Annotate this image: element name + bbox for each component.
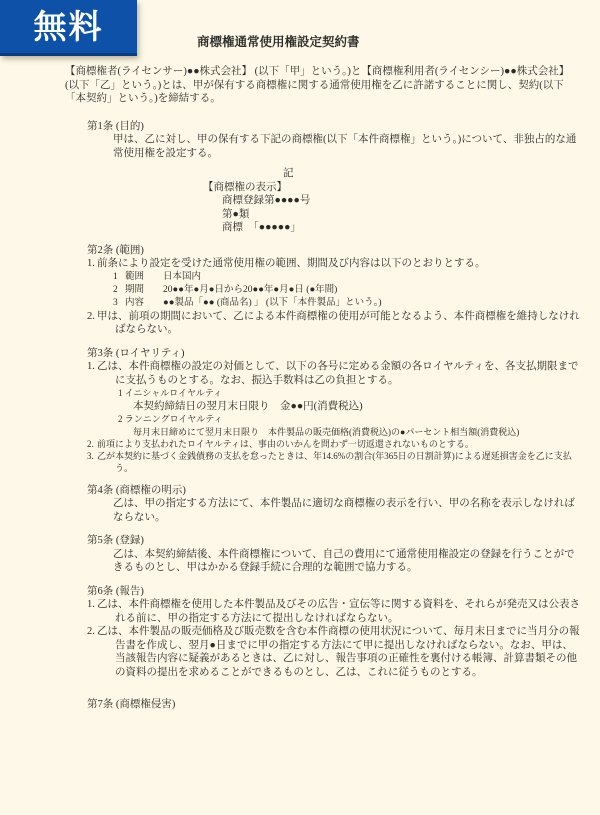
article-1: 第1条 (目的) 甲は、乙に対し、甲の保有する下記の商標権(以下「本件商標権」と… (0, 120, 600, 161)
article-6: 第6条 (報告) 1. 乙は、本件商標権を使用した本件製品及びその広告・宣伝等に… (0, 585, 600, 680)
sub-label: 期間 (125, 284, 163, 297)
initial-royalty-label: 1 イニシャルロイヤルティ (118, 387, 600, 400)
sub-value: ●●製品「●● (商品名) 」 (以下「本件製品」という。) (163, 297, 582, 310)
trademark-display-block: 記 【商標権の表示】 商標登録第●●●●号 第●類 商標 「●●●●●」 (0, 167, 600, 235)
item-number: 1. (87, 360, 97, 387)
item-text: 乙は、本件製品の販売価格及び販売数を含む本件商標の使用状況について、毎月末日まで… (97, 625, 582, 679)
article-6-heading: 第6条 (報告) (87, 585, 600, 599)
article-3-item-2: 2. 前項により支払われたロイヤルティは、事由のいかんを問わず一切返還されないも… (87, 438, 582, 450)
article-2-sub-period: 2 期間 20●●年●月●日から20●●年●月●日 (●年間) (113, 284, 582, 297)
article-2-item-1: 1. 前条により設定を受けた通常使用権の範囲、期間及び内容は以下のとおりとする。 (87, 257, 582, 271)
item-text: 乙は、本件商標権を使用した本件製品及びその広告・宣伝等に関する資料を、それらが発… (97, 598, 582, 625)
ki-marker: 記 (283, 167, 600, 181)
item-number: 1. (87, 598, 97, 625)
initial-royalty-value: 本契約締結日の翌月末日限り 金●●円(消費税込) (133, 400, 580, 414)
article-2: 第2条 (範囲) 1. 前条により設定を受けた通常使用権の範囲、期間及び内容は以… (0, 244, 600, 337)
sub-number: 3 (113, 297, 125, 310)
item-text: 甲は、前項の期間において、乙による本件商標権の使用が可能となるよう、本件商標権を… (97, 310, 582, 337)
running-royalty-value: 毎月末日締めにて翌月末日限り 本件製品の販売価格(消費税込)の●パーセント相当額… (133, 426, 586, 438)
sub-label: 範囲 (125, 271, 163, 284)
item-text: 前項により支払われたロイヤルティは、事由のいかんを問わず一切返還されないものとす… (97, 438, 582, 450)
sub-label: 内容 (125, 297, 163, 310)
article-4-body: 乙は、甲の指定する方法にて、本件製品に適切な商標権の表示を行い、甲の名称を表示し… (113, 497, 580, 524)
article-3: 第3条 (ロイヤリティ) 1. 乙は、本件商標権の設定の対価として、以下の各号に… (0, 347, 600, 474)
free-badge-label: 無料 (34, 10, 104, 43)
item-text: 前条により設定を受けた通常使用権の範囲、期間及び内容は以下のとおりとする。 (97, 257, 582, 271)
item-number: 1. (87, 257, 97, 271)
item-number: 2. (87, 625, 97, 679)
article-3-heading: 第3条 (ロイヤリティ) (87, 347, 600, 361)
item-number: 2. (87, 310, 97, 337)
article-6-item-1: 1. 乙は、本件商標権を使用した本件製品及びその広告・宣伝等に関する資料を、それ… (87, 598, 582, 625)
sub-value: 20●●年●月●日から20●●年●月●日 (●年間) (163, 284, 582, 297)
article-2-sub-content: 3 内容 ●●製品「●● (商品名) 」 (以下「本件製品」という。) (113, 297, 582, 310)
article-1-heading: 第1条 (目的) (87, 120, 600, 134)
article-7-heading: 第7条 (商標権侵害) (87, 698, 600, 712)
item-text: 乙が本契約に基づく金銭債務の支払を怠ったときは、年14.6%の割合(年365日の… (97, 450, 582, 474)
article-4-heading: 第4条 (商標権の明示) (87, 484, 600, 498)
article-5: 第5条 (登録) 乙は、本契約締結後、本件商標権について、自己の費用にて通常使用… (0, 534, 600, 575)
sub-number: 2 (113, 284, 125, 297)
article-3-item-3: 3. 乙が本契約に基づく金銭債務の支払を怠ったときは、年14.6%の割合(年36… (87, 450, 582, 474)
contract-document-page: 無料 商標権通常使用権設定契約書 【商標権者(ライセンサー)●●株式会社】 (以… (0, 0, 600, 815)
item-number: 3. (87, 450, 97, 474)
trademark-class: 第●類 (222, 208, 600, 222)
article-7: 第7条 (商標権侵害) (0, 698, 600, 712)
article-1-body: 甲は、乙に対し、甲の保有する下記の商標権(以下「本件商標権」という。)について、… (113, 133, 580, 160)
article-2-sub-scope: 1 範囲 日本国内 (113, 271, 582, 284)
document-title: 商標権通常使用権設定契約書 (197, 34, 360, 50)
trademark-registration-number: 商標登録第●●●●号 (222, 194, 600, 208)
free-badge: 無料 (0, 0, 137, 56)
article-4: 第4条 (商標権の明示) 乙は、甲の指定する方法にて、本件製品に適切な商標権の表… (0, 484, 600, 525)
item-text: 乙は、本件商標権の設定の対価として、以下の各号に定める金額の各ロイヤルティを、各… (97, 360, 582, 387)
sub-number: 1 (113, 271, 125, 284)
item-number: 2. (87, 438, 97, 450)
article-6-item-2: 2. 乙は、本件製品の販売価格及び販売数を含む本件商標の使用状況について、毎月末… (87, 625, 582, 679)
sub-value: 日本国内 (163, 271, 582, 284)
article-2-item-2: 2. 甲は、前項の期間において、乙による本件商標権の使用が可能となるよう、本件商… (87, 310, 582, 337)
article-5-body: 乙は、本契約締結後、本件商標権について、自己の費用にて通常使用権設定の登録を行う… (113, 548, 580, 575)
running-royalty-label: 2 ランニングロイヤルティ (118, 413, 600, 426)
trademark-display-title: 【商標権の表示】 (203, 181, 600, 195)
trademark-name: 商標 「●●●●●」 (222, 221, 600, 235)
article-3-item-1: 1. 乙は、本件商標権の設定の対価として、以下の各号に定める金額の各ロイヤルティ… (87, 360, 582, 387)
article-5-heading: 第5条 (登録) (87, 534, 600, 548)
article-2-heading: 第2条 (範囲) (87, 244, 600, 258)
preamble-paragraph: 【商標権者(ライセンサー)●●株式会社】 (以下「甲」という。)と【商標権利用者… (65, 65, 580, 106)
